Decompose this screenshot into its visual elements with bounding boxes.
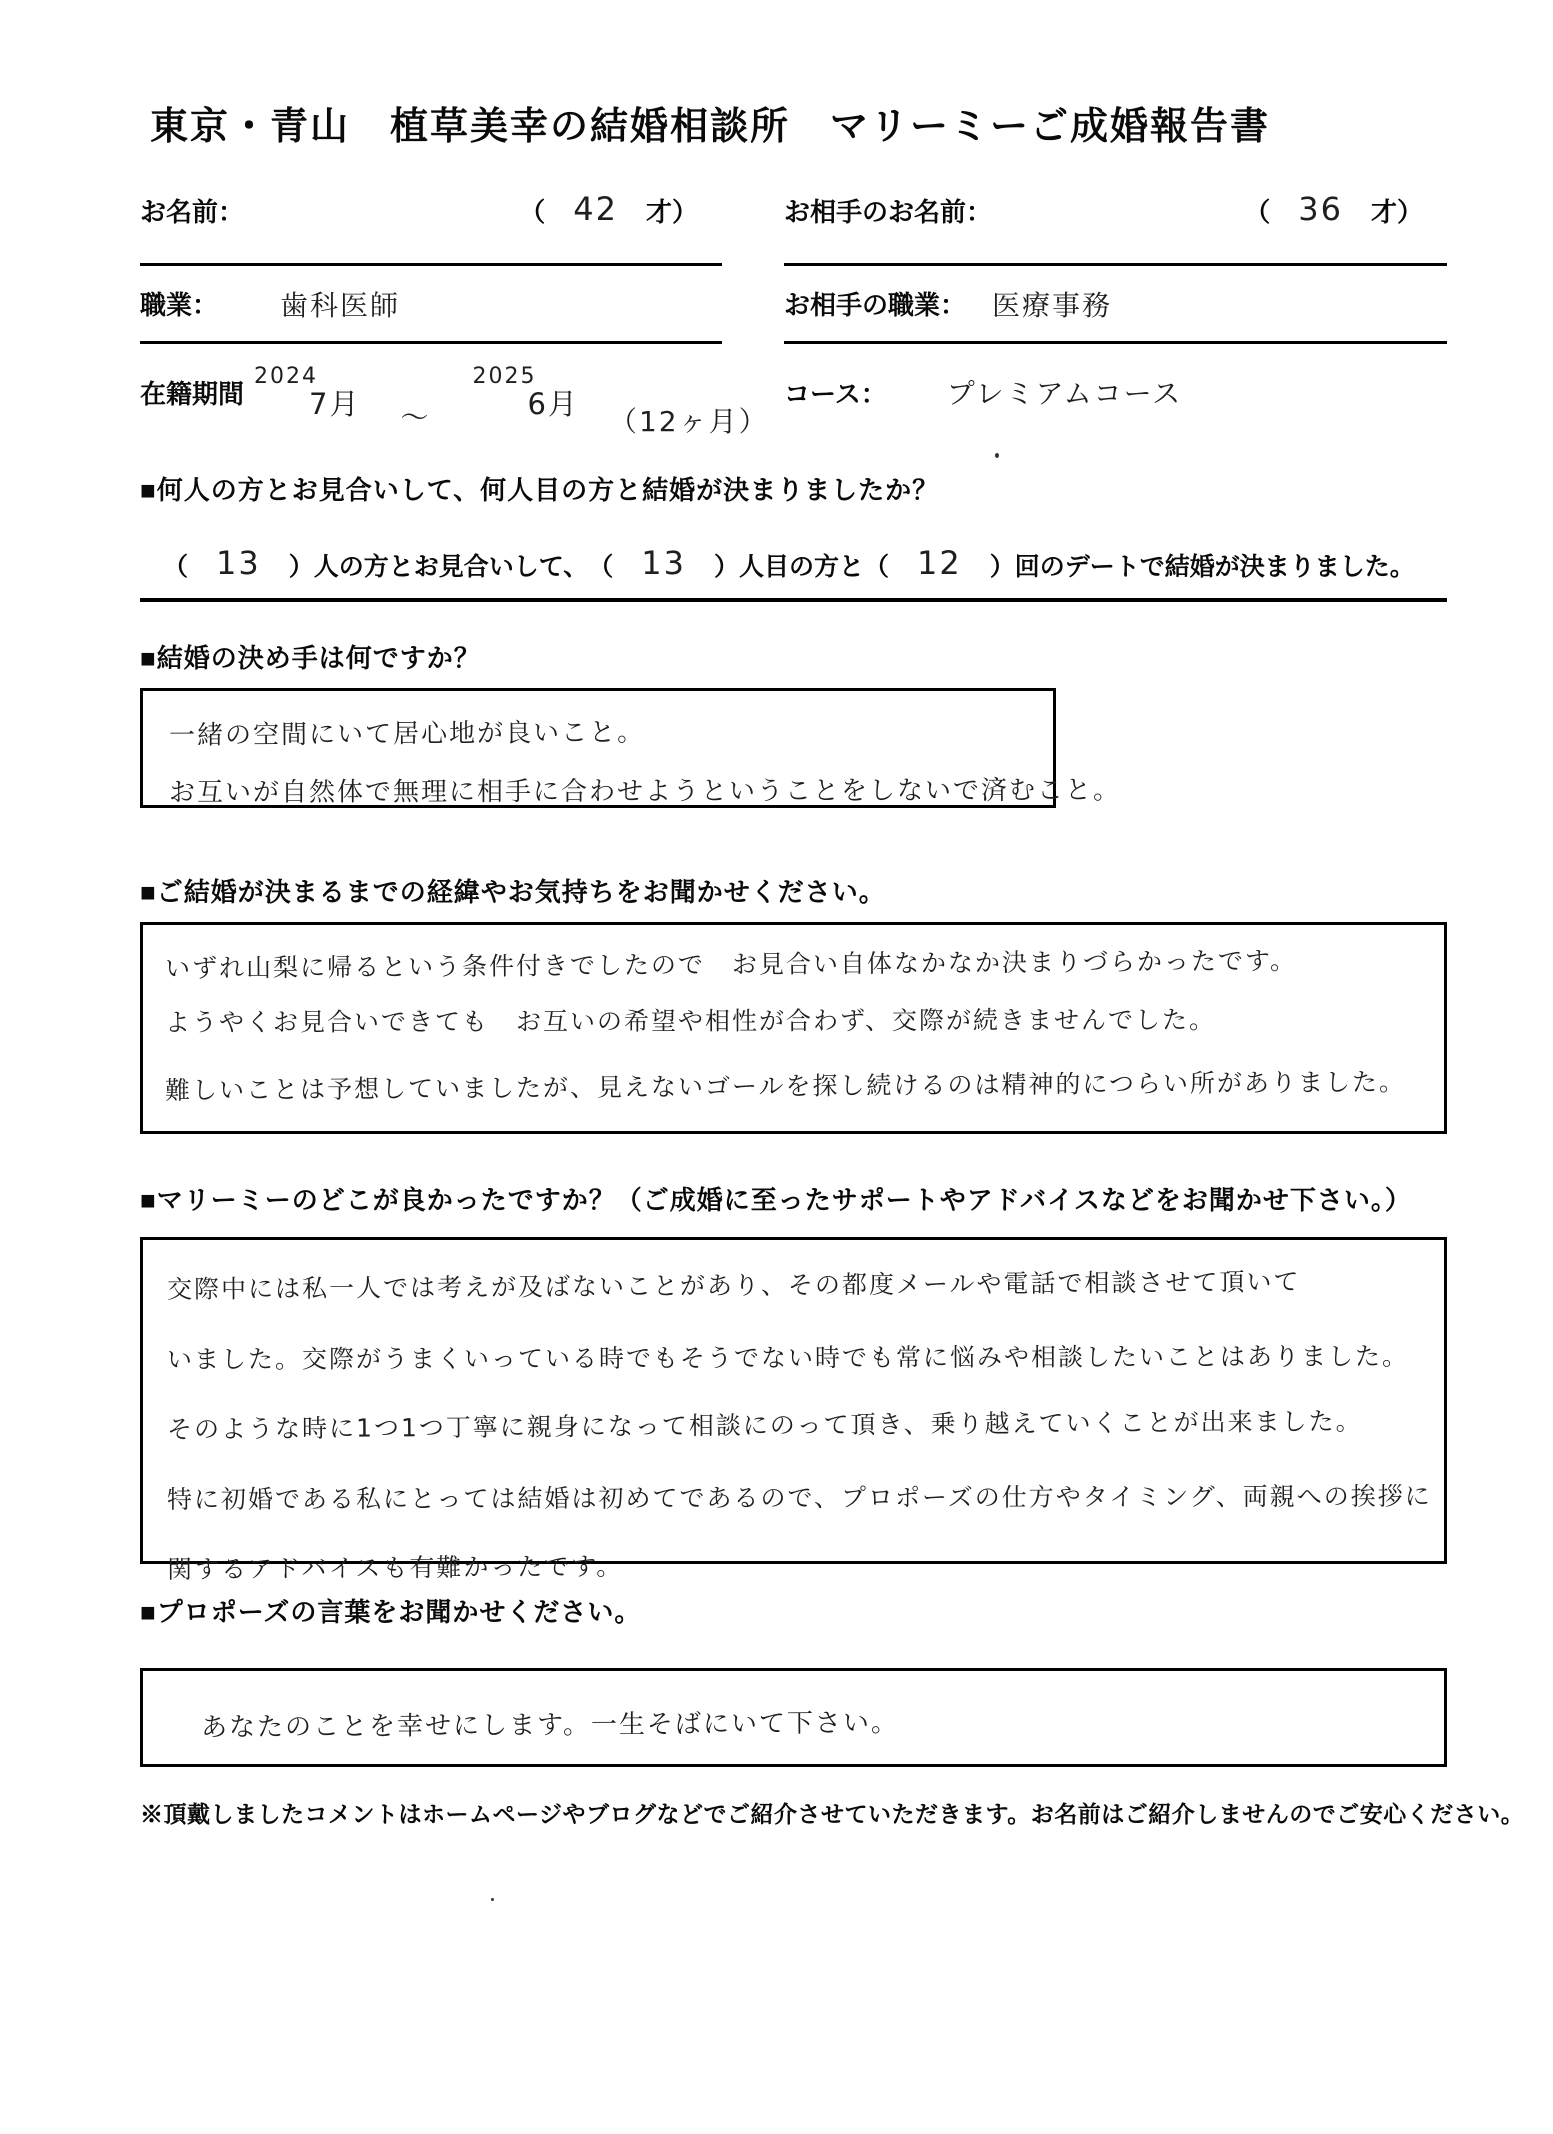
question-journey-heading: ■ご結婚が決まるまでの経緯やお気持ちをお聞かせください。: [140, 872, 886, 909]
question-marrymee-heading: ■マリーミーのどこが良かったですか？（ご成婚に至ったサポートやアドバイスなどをお…: [140, 1180, 1412, 1217]
partner-age-group: （ 36 才）: [1244, 192, 1423, 230]
handwritten-line: ようやくお見合いできても お互いの希望や相性が合わず、交際が続きませんでした。: [165, 1000, 1444, 1039]
scan-speck: [491, 1898, 494, 1901]
question-deciding-factor-heading: ■結婚の決め手は何ですか？: [140, 638, 481, 675]
answer-text-2: 人目の方と: [739, 547, 864, 583]
handwritten-line: 一緒の空間にいて居心地が良いこと。: [169, 709, 1053, 752]
scan-speck: [995, 453, 999, 458]
course-label: コース：: [784, 374, 887, 411]
answer-text-3: 回のデートで結婚が決まりました。: [1015, 547, 1415, 583]
meetings-count: 13: [216, 544, 261, 582]
footer-note: ※頂戴しましたコメントはホームページやブログなどでご紹介させていただきます。お名…: [140, 1796, 1460, 1829]
handwritten-line: 特に初婚である私にとっては結婚は初めてであるので、プロポーズの仕方やタイミング、…: [167, 1477, 1444, 1516]
occupation-value: 歯科医師: [280, 284, 400, 324]
proposal-answer-box: あなたのことを幸せにします。一生そばにいて下さい。: [140, 1668, 1447, 1767]
report-title: 東京・青山 植草美幸の結婚相談所 マリーミーご成婚報告書: [150, 95, 1270, 150]
partner-occupation-label: お相手の職業：: [784, 285, 966, 322]
paren-open: （: [1244, 192, 1270, 229]
enrollment-label: 在籍期間: [140, 374, 244, 411]
age-suffix: 才）: [1371, 192, 1423, 229]
handwritten-line: いました。交際がうまくいっている時でもそうでない時でも常に悩みや相談したいことは…: [167, 1337, 1444, 1376]
handwritten-line: 関するアドバイスも有難かったです。: [167, 1541, 1444, 1586]
enrollment-duration: （12ヶ月）: [609, 400, 769, 440]
handwritten-line: そのような時に1つ1つ丁寧に親身になって相談にのって頂き、乗り越えていくことが出…: [167, 1401, 1444, 1446]
form-row-partner-name: お相手のお名前： （ 36 才）: [784, 158, 1447, 266]
partner-occupation-value: 医療事務: [992, 284, 1112, 324]
enrollment-start: 2024 7月: [254, 366, 360, 419]
form-left-column: お名前： （ 42 才） 職業： 歯科医師 在籍期間 2024 7月 ～ 202…: [140, 158, 722, 440]
enrollment-start-year: 2024: [254, 366, 360, 388]
enrollment-end-year: 2025: [472, 366, 578, 388]
name-age-group: （ 42 才）: [519, 192, 698, 230]
paren-close: ）: [962, 547, 1015, 583]
name-label: お名前：: [140, 192, 244, 229]
handwritten-line: あなたのことを幸せにします。一生そばにいて下さい。: [201, 1698, 1444, 1744]
form-row-occupation: 職業： 歯科医師: [140, 266, 722, 344]
form-row-partner-occupation: お相手の職業： 医療事務: [784, 266, 1447, 344]
handwritten-line: いずれ山梨に帰るという条件付きでしたので お見合い自体なかなか決まりづらかったで…: [165, 940, 1444, 985]
occupation-label: 職業：: [140, 285, 218, 322]
name-age-value: 42: [573, 190, 618, 228]
question-proposal-heading: ■プロポーズの言葉をお聞かせください。: [140, 1592, 641, 1629]
dates-count: 12: [917, 544, 962, 582]
paren-open: （: [163, 547, 216, 583]
paren-close: ）: [261, 547, 314, 583]
enrollment-end-month: 6月: [527, 390, 578, 419]
enrollment-tilde: ～: [400, 396, 430, 440]
form-row-name: お名前： （ 42 才）: [140, 158, 722, 266]
age-suffix: 才）: [646, 192, 698, 229]
form-right-column: お相手のお名前： （ 36 才） お相手の職業： 医療事務 コース： プレミアム…: [784, 158, 1447, 440]
scanned-report-page: 東京・青山 植草美幸の結婚相談所 マリーミーご成婚報告書 お名前： （ 42 才…: [0, 0, 1553, 2134]
enrollment-end: 2025 6月: [472, 366, 578, 419]
handwritten-line: 難しいことは予想していましたが、見えないゴールを探し続けるのは精神的につらい所が…: [165, 1062, 1444, 1107]
paren-open: （: [519, 192, 545, 229]
handwritten-line: お互いが自然体で無理に相手に合わせようということをしないで済むこと。: [169, 770, 1053, 809]
paren-close: ）: [686, 547, 739, 583]
answer-text-1: 人の方とお見合いして、: [314, 547, 589, 583]
form-row-enrollment: 在籍期間 2024 7月 ～ 2025 6月 （12ヶ月）: [140, 344, 722, 440]
marrymee-answer-box: 交際中には私一人では考えが及ばないことがあり、その都度メールや電話で相談させて頂…: [140, 1237, 1447, 1564]
form-row-course: コース： プレミアムコース: [784, 344, 1447, 440]
matchmaking-answer-sentence: （ 13 ） 人の方とお見合いして、 （ 13 ） 人目の方と （ 12 ） 回…: [163, 546, 1415, 584]
deciding-factor-answer-box: 一緒の空間にいて居心地が良いこと。 お互いが自然体で無理に相手に合わせようという…: [140, 688, 1056, 808]
person-number: 13: [641, 544, 686, 582]
partner-age-value: 36: [1298, 190, 1343, 228]
paren-open: （: [588, 547, 641, 583]
handwritten-line: 交際中には私一人では考えが及ばないことがあり、その都度メールや電話で相談させて頂…: [167, 1261, 1444, 1306]
course-value: プレミアムコース: [947, 372, 1183, 412]
enrollment-start-month: 7月: [309, 390, 360, 419]
question-matchmaking-heading: ■何人の方とお見合いして、何人目の方と結婚が決まりましたか？: [140, 470, 939, 507]
paren-open: （: [864, 547, 917, 583]
answer-underline: [140, 598, 1447, 602]
partner-name-label: お相手のお名前：: [784, 192, 992, 229]
journey-answer-box: いずれ山梨に帰るという条件付きでしたので お見合い自体なかなか決まりづらかったで…: [140, 922, 1447, 1134]
